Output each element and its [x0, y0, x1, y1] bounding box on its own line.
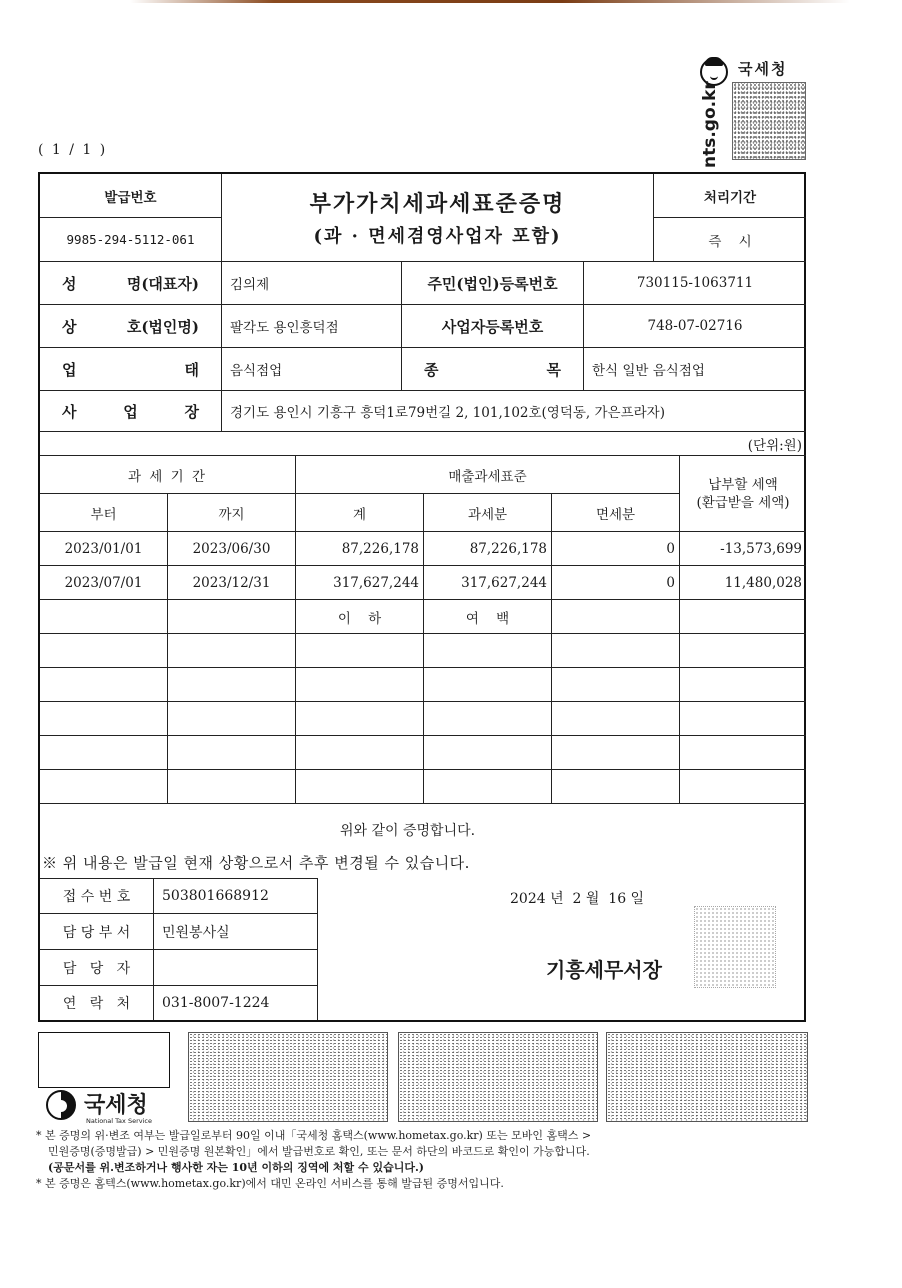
table-row-1-tax: -13,573,699 [680, 532, 806, 566]
qr-code [732, 82, 806, 160]
biz-no: 748-07-02716 [584, 305, 806, 348]
barcode-3 [606, 1032, 808, 1122]
certificate-frame: 발급번호 9985-294-5112-061 부가가치세과세표준증명 (과 · … [38, 172, 806, 1022]
issue-date: 2024 년 2 월 16 일 [510, 888, 644, 908]
unit-label: (단위:원) [40, 432, 806, 456]
issuing-office: 기흥세무서장 [546, 954, 662, 983]
blank-marker-b: 여 백 [424, 600, 552, 634]
blank-cell [552, 770, 680, 804]
blank-cell [40, 600, 168, 634]
officer [154, 950, 318, 986]
contact-label: 연 락 처 [40, 986, 154, 1020]
col-taxable: 과세분 [424, 494, 552, 532]
resident-no: 730115-1063711 [584, 262, 806, 305]
address-label-a: 사 [62, 401, 77, 422]
biz-type: 음식점업 [222, 348, 402, 391]
blank-cell [168, 600, 296, 634]
nts-logo-name: 국세청 [84, 1088, 148, 1119]
table-row-2-taxable: 317,627,244 [424, 566, 552, 600]
blank-cell [168, 634, 296, 668]
contact-phone: 031-8007-1224 [154, 986, 318, 1020]
department-label: 담 당 부 서 [40, 914, 154, 950]
blank-cell [40, 668, 168, 702]
trade-name: 팔각도 용인흥덕점 [222, 305, 402, 348]
item-label: 종 목 [402, 348, 584, 391]
col-to: 까지 [168, 494, 296, 532]
blank-cell [552, 600, 680, 634]
tax-header-line2: (환급받을 세액) [696, 494, 789, 512]
blank-cell [168, 702, 296, 736]
department: 민원봉사실 [154, 914, 318, 950]
blank-cell [40, 770, 168, 804]
resident-no-label: 주민(법인)등록번호 [402, 262, 584, 305]
barcode-1 [188, 1032, 388, 1122]
processing-label: 처리기간 [654, 174, 806, 218]
stamp-box [38, 1032, 170, 1088]
blank-cell [424, 736, 552, 770]
blank-cell [296, 702, 424, 736]
biz-type-label-a: 업 [62, 359, 77, 380]
address-label-b: 업 [123, 401, 138, 422]
document-subtitle: (과 · 면세겸영사업자 포함) [314, 222, 562, 248]
blank-cell [296, 770, 424, 804]
blank-cell [680, 736, 806, 770]
official-seal [694, 906, 776, 988]
representative-name: 김의제 [222, 262, 402, 305]
trade-name-label: 상 호(법인명) [40, 305, 222, 348]
nts-emblem-icon [46, 1090, 76, 1120]
item-label-b: 목 [547, 359, 562, 380]
blank-cell [424, 634, 552, 668]
blank-cell [552, 634, 680, 668]
blank-cell [168, 668, 296, 702]
blank-cell [424, 668, 552, 702]
trade-label-a: 상 [62, 316, 77, 337]
blank-cell [40, 634, 168, 668]
barcode-2 [398, 1032, 598, 1122]
nts-logo-en: National Tax Service [86, 1117, 152, 1125]
issue-no-label: 발급번호 [40, 174, 222, 218]
nts-badge: 국세청 nts.go.kr [696, 52, 808, 160]
address-label: 사 업 장 [40, 391, 222, 432]
business-address: 경기도 용인시 기흥구 흥덕1로79번길 2, 101,102호(영덕동, 가은… [222, 391, 806, 432]
business-item: 한식 일반 음식점업 [584, 348, 806, 391]
scan-edge [130, 0, 850, 3]
blank-cell [424, 770, 552, 804]
name-label: 성 명(대표자) [40, 262, 222, 305]
receipt-no: 503801668912 [154, 878, 318, 914]
col-from: 부터 [40, 494, 168, 532]
biz-no-label: 사업자등록번호 [402, 305, 584, 348]
issue-no: 9985-294-5112-061 [40, 218, 222, 262]
note1-line2: 민원증명(증명발급) > 민원증명 원본확인」에서 발급번호로 확인, 또는 문… [36, 1144, 876, 1160]
table-row-2-from: 2023/07/01 [40, 566, 168, 600]
item-label-a: 종 [424, 359, 439, 380]
col-exempt: 면세분 [552, 494, 680, 532]
table-row-1-exempt: 0 [552, 532, 680, 566]
change-notice: ※ 위 내용은 발급일 현재 상황으로서 추후 변경될 수 있습니다. [42, 852, 470, 873]
table-row-1-total: 87,226,178 [296, 532, 424, 566]
tax-header: 납부할 세액 (환급받을 세액) [680, 456, 806, 532]
trade-label-b: 호(법인명) [127, 316, 199, 337]
name-label-a: 성 [62, 273, 77, 294]
blank-cell [168, 736, 296, 770]
table-row-1-from: 2023/01/01 [40, 532, 168, 566]
certification-statement: 위와 같이 증명합니다. [340, 820, 475, 840]
table-row-2-total: 317,627,244 [296, 566, 424, 600]
blank-cell [552, 702, 680, 736]
blank-cell [552, 668, 680, 702]
blank-cell [40, 736, 168, 770]
name-label-b: 명(대표자) [127, 273, 199, 294]
table-row-2-tax: 11,480,028 [680, 566, 806, 600]
blank-cell [296, 668, 424, 702]
blank-cell [552, 736, 680, 770]
blank-cell [296, 736, 424, 770]
table-row-1-taxable: 87,226,178 [424, 532, 552, 566]
blank-cell [680, 770, 806, 804]
blank-cell [680, 634, 806, 668]
tax-header-line1: 납부할 세액 [708, 476, 778, 494]
document-title-block: 부가가치세과세표준증명 (과 · 면세겸영사업자 포함) [222, 174, 654, 262]
note2: * 본 증명은 홈텍스(www.hometax.go.kr)에서 대민 온라인 … [36, 1176, 876, 1192]
officer-label: 담 당 자 [40, 950, 154, 986]
period-header: 과 세 기 간 [40, 456, 296, 494]
blank-cell [424, 702, 552, 736]
table-row-2-to: 2023/12/31 [168, 566, 296, 600]
table-row-2-exempt: 0 [552, 566, 680, 600]
blank-cell [40, 702, 168, 736]
col-total: 계 [296, 494, 424, 532]
document-title: 부가가치세과세표준증명 [310, 187, 566, 218]
nts-logo: 국세청 National Tax Service [46, 1088, 166, 1126]
biz-type-label: 업 태 [40, 348, 222, 391]
address-label-c: 장 [185, 401, 200, 422]
blank-cell [680, 600, 806, 634]
page-indicator: ( 1 / 1 ) [38, 142, 107, 158]
table-row-1-to: 2023/06/30 [168, 532, 296, 566]
blank-cell [168, 770, 296, 804]
note1-warning: (공문서를 위.변조하거나 행사한 자는 10년 이하의 징역에 처할 수 있습… [36, 1160, 876, 1176]
processing-value: 즉 시 [654, 218, 806, 262]
note1-line1: * 본 증명의 위·변조 여부는 발급일로부터 90일 이내「국세청 홈택스(w… [36, 1128, 876, 1144]
biz-type-label-b: 태 [185, 359, 200, 380]
receipt-no-label: 접 수 번 호 [40, 878, 154, 914]
sales-header: 매출과세표준 [296, 456, 680, 494]
footer-notes: * 본 증명의 위·변조 여부는 발급일로부터 90일 이내「국세청 홈택스(w… [36, 1128, 876, 1192]
blank-cell [296, 634, 424, 668]
blank-marker-a: 이 하 [296, 600, 424, 634]
agency-name: 국세청 [738, 58, 787, 79]
blank-cell [680, 702, 806, 736]
agency-url: nts.go.kr [700, 92, 720, 168]
blank-cell [680, 668, 806, 702]
